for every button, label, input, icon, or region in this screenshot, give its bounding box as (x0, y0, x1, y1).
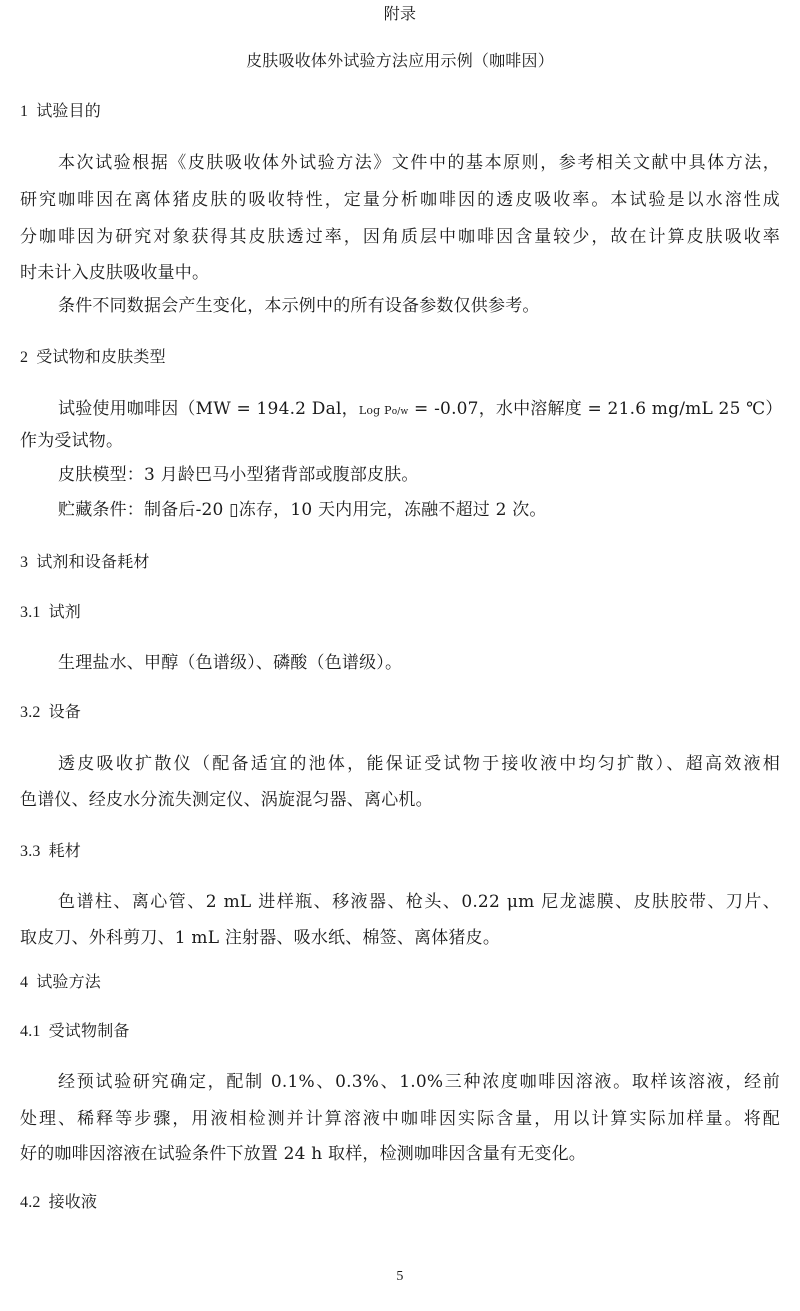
section-number: 3 (20, 554, 28, 571)
paragraph-line: 色谱柱、离心管、2 mL 进样瓶、移液器、枪头、0.22 μm 尼龙滤膜、皮肤胶… (58, 891, 780, 913)
paragraph-line: 生理盐水、甲醇（色谱级）、磷酸（色谱级）。 (58, 652, 402, 674)
section-title: 受试物制备 (49, 1021, 130, 1040)
paragraph-line: 色谱仪、经皮水分流失测定仪、涡旋混匀器、离心机。 (20, 789, 433, 811)
paragraph-line: 皮肤模型：3 月龄巴马小型猪背部或腹部皮肤。 (58, 464, 419, 486)
log-p-label: Log P (359, 404, 392, 417)
section-number: 3.3 (20, 843, 41, 860)
section-number: 2 (20, 349, 28, 366)
substance-text-b: = -0.07，水中溶解度 = 21.6 mg/mL 25 ℃） (408, 399, 782, 419)
section-number: 4.2 (20, 1194, 41, 1211)
paragraph-line: 时未计入皮肤吸收量中。 (20, 262, 209, 284)
section-title: 试剂和设备耗材 (36, 552, 149, 571)
section-3-3-heading: 3.3耗材 (20, 840, 81, 863)
section-number: 3.1 (20, 604, 41, 621)
section-title: 试验方法 (36, 972, 101, 991)
paragraph-line: 分咖啡因为研究对象获得其皮肤透过率，因角质层中咖啡因含量较少，故在计算皮肤吸收率 (20, 226, 780, 248)
log-p-subscript: o/w (392, 407, 409, 417)
section-title: 试剂 (49, 602, 81, 621)
section-4-1-heading: 4.1受试物制备 (20, 1020, 130, 1043)
paragraph-line: 取皮刀、外科剪刀、1 mL 注射器、吸水纸、棉签、离体猪皮。 (20, 927, 500, 949)
section-3-1-heading: 3.1试剂 (20, 601, 81, 624)
section-number: 3.2 (20, 704, 41, 721)
paragraph-line: 透皮吸收扩散仪（配备适宜的池体，能保证受试物于接收液中均匀扩散）、超高效液相 (58, 753, 780, 775)
document-title: 皮肤吸收体外试验方法应用示例（咖啡因） (0, 50, 800, 72)
paragraph-line: 研究咖啡因在离体猪皮肤的吸收特性，定量分析咖啡因的透皮吸收率。本试验是以水溶性成 (20, 189, 780, 211)
section-title: 受试物和皮肤类型 (36, 347, 166, 366)
section-3-2-heading: 3.2设备 (20, 701, 81, 724)
section-title: 设备 (49, 702, 81, 721)
paragraph-line: 作为受试物。 (20, 430, 123, 452)
paragraph-line: 贮藏条件：制备后-20 ▯冻存，10 天内用完，冻融不超过 2 次。 (58, 499, 547, 521)
section-title: 耗材 (49, 841, 81, 860)
section-3-heading: 3试剂和设备耗材 (20, 551, 150, 574)
section-number: 1 (20, 103, 28, 120)
paragraph-line: 好的咖啡因溶液在试验条件下放置 24 h 取样，检测咖啡因含量有无变化。 (20, 1143, 586, 1165)
section-title: 试验目的 (36, 101, 101, 120)
paragraph-line: 经预试验研究确定，配制 0.1%、0.3%、1.0%三种浓度咖啡因溶液。取样该溶… (58, 1071, 780, 1093)
section-title: 接收液 (49, 1192, 98, 1211)
section-1-heading: 1试验目的 (20, 100, 101, 123)
paragraph-line: 试验使用咖啡因（MW = 194.2 Dal，Log Po/w = -0.07，… (58, 398, 783, 423)
paragraph-line: 处理、稀释等步骤，用液相检测并计算溶液中咖啡因实际含量，用以计算实际加样量。将配 (20, 1108, 780, 1130)
page-number: 5 (0, 1266, 800, 1288)
paragraph-line: 条件不同数据会产生变化，本示例中的所有设备参数仅供参考。 (58, 295, 540, 317)
paragraph-line: 本次试验根据《皮肤吸收体外试验方法》文件中的基本原则，参考相关文献中具体方法， (58, 152, 780, 174)
section-number: 4.1 (20, 1023, 41, 1040)
section-2-heading: 2受试物和皮肤类型 (20, 346, 166, 369)
section-number: 4 (20, 974, 28, 991)
section-4-2-heading: 4.2接收液 (20, 1191, 97, 1214)
appendix-label: 附录 (0, 3, 800, 25)
substance-text-a: 试验使用咖啡因（MW = 194.2 Dal， (58, 399, 359, 419)
section-4-heading: 4试验方法 (20, 971, 101, 994)
